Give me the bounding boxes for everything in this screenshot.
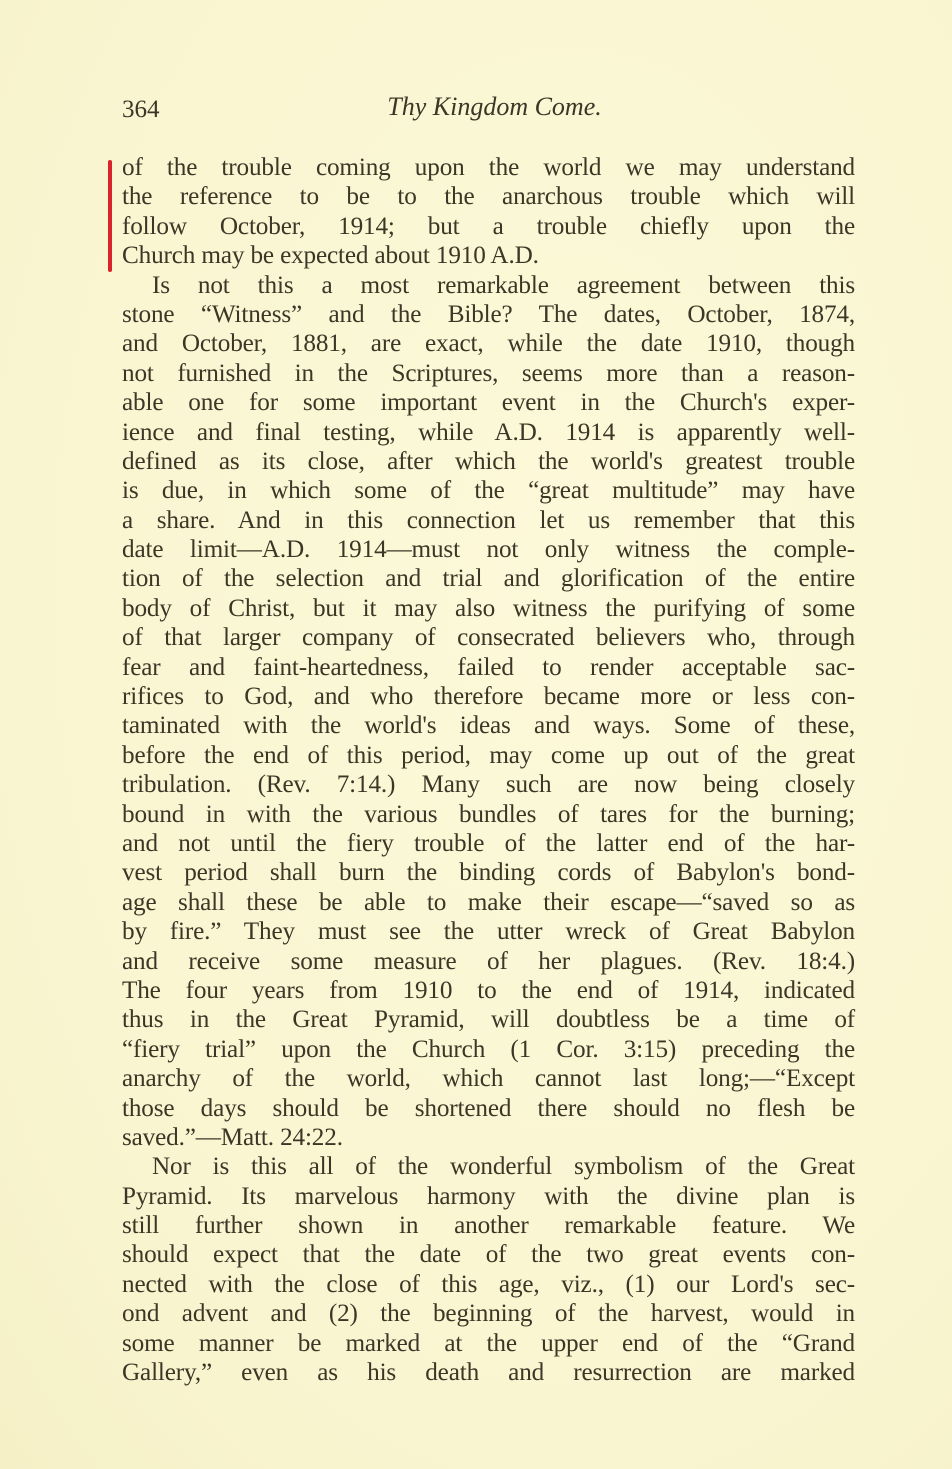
text-line: not furnished in the Scriptures, seems m… bbox=[122, 359, 855, 388]
text-line: should expect that the date of the two g… bbox=[122, 1240, 855, 1269]
book-page: 364 Thy Kingdom Come. of the trouble com… bbox=[0, 0, 952, 1469]
text-line: some manner be marked at the upper end o… bbox=[122, 1329, 855, 1358]
text-line: Church may be expected about 1910 A.D. bbox=[122, 241, 855, 270]
text-line: Is not this a most remarkable agreement … bbox=[122, 271, 855, 300]
text-line: and receive some measure of her plagues.… bbox=[122, 947, 855, 976]
text-line: “fiery trial” upon the Church (1 Cor. 3:… bbox=[122, 1035, 855, 1064]
text-line: tribulation. (Rev. 7:14.) Many such are … bbox=[122, 770, 855, 799]
text-line: Pyramid. Its marvelous harmony with the … bbox=[122, 1182, 855, 1211]
text-line: date limit—A.D. 1914—must not only witne… bbox=[122, 535, 855, 564]
red-margin-marker bbox=[108, 160, 112, 272]
paragraph-3: Nor is this all of the wonderful symboli… bbox=[122, 1152, 855, 1387]
text-line: body of Christ, but it may also witness … bbox=[122, 594, 855, 623]
text-line: anarchy of the world, which cannot last … bbox=[122, 1064, 855, 1093]
paragraph-2: Is not this a most remarkable agreement … bbox=[122, 271, 855, 1153]
text-line: nected with the close of this age, viz.,… bbox=[122, 1270, 855, 1299]
text-line: is due, in which some of the “great mult… bbox=[122, 476, 855, 505]
text-line: stone “Witness” and the Bible? The dates… bbox=[122, 300, 855, 329]
text-line: taminated with the world's ideas and way… bbox=[122, 711, 855, 740]
text-line: and October, 1881, are exact, while the … bbox=[122, 329, 855, 358]
text-line: thus in the Great Pyramid, will doubtles… bbox=[122, 1005, 855, 1034]
text-line: The four years from 1910 to the end of 1… bbox=[122, 976, 855, 1005]
text-line: vest period shall burn the binding cords… bbox=[122, 858, 855, 887]
text-line: still further shown in another remarkabl… bbox=[122, 1211, 855, 1240]
text-line: Nor is this all of the wonderful symboli… bbox=[122, 1152, 855, 1181]
running-head: 364 Thy Kingdom Come. bbox=[122, 92, 857, 126]
text-line: age shall these be able to make their es… bbox=[122, 888, 855, 917]
text-line: those days should be shortened there sho… bbox=[122, 1094, 855, 1123]
text-line: Gallery,” even as his death and resurrec… bbox=[122, 1358, 855, 1387]
text-line: of that larger company of consecrated be… bbox=[122, 623, 855, 652]
text-line: and not until the fiery trouble of the l… bbox=[122, 829, 855, 858]
running-title: Thy Kingdom Come. bbox=[122, 92, 857, 122]
text-line: of the trouble coming upon the world we … bbox=[122, 153, 855, 182]
text-line: tion of the selection and trial and glor… bbox=[122, 564, 855, 593]
text-line: ience and final testing, while A.D. 1914… bbox=[122, 418, 855, 447]
text-line: by fire.” They must see the utter wreck … bbox=[122, 917, 855, 946]
text-line: able one for some important event in the… bbox=[122, 388, 855, 417]
text-line: the reference to be to the anarchous tro… bbox=[122, 182, 855, 211]
body-text: of the trouble coming upon the world we … bbox=[122, 153, 855, 1387]
paragraph-1: of the trouble coming upon the world we … bbox=[122, 153, 855, 271]
text-line: fear and faint-heartedness, failed to re… bbox=[122, 653, 855, 682]
text-line: before the end of this period, may come … bbox=[122, 741, 855, 770]
text-line: ond advent and (2) the beginning of the … bbox=[122, 1299, 855, 1328]
text-line: bound in with the various bundles of tar… bbox=[122, 800, 855, 829]
text-line: a share. And in this connection let us r… bbox=[122, 506, 855, 535]
text-line: rifices to God, and who therefore became… bbox=[122, 682, 855, 711]
text-line: follow October, 1914; but a trouble chie… bbox=[122, 212, 855, 241]
text-line: defined as its close, after which the wo… bbox=[122, 447, 855, 476]
text-line: saved.”—Matt. 24:22. bbox=[122, 1123, 855, 1152]
